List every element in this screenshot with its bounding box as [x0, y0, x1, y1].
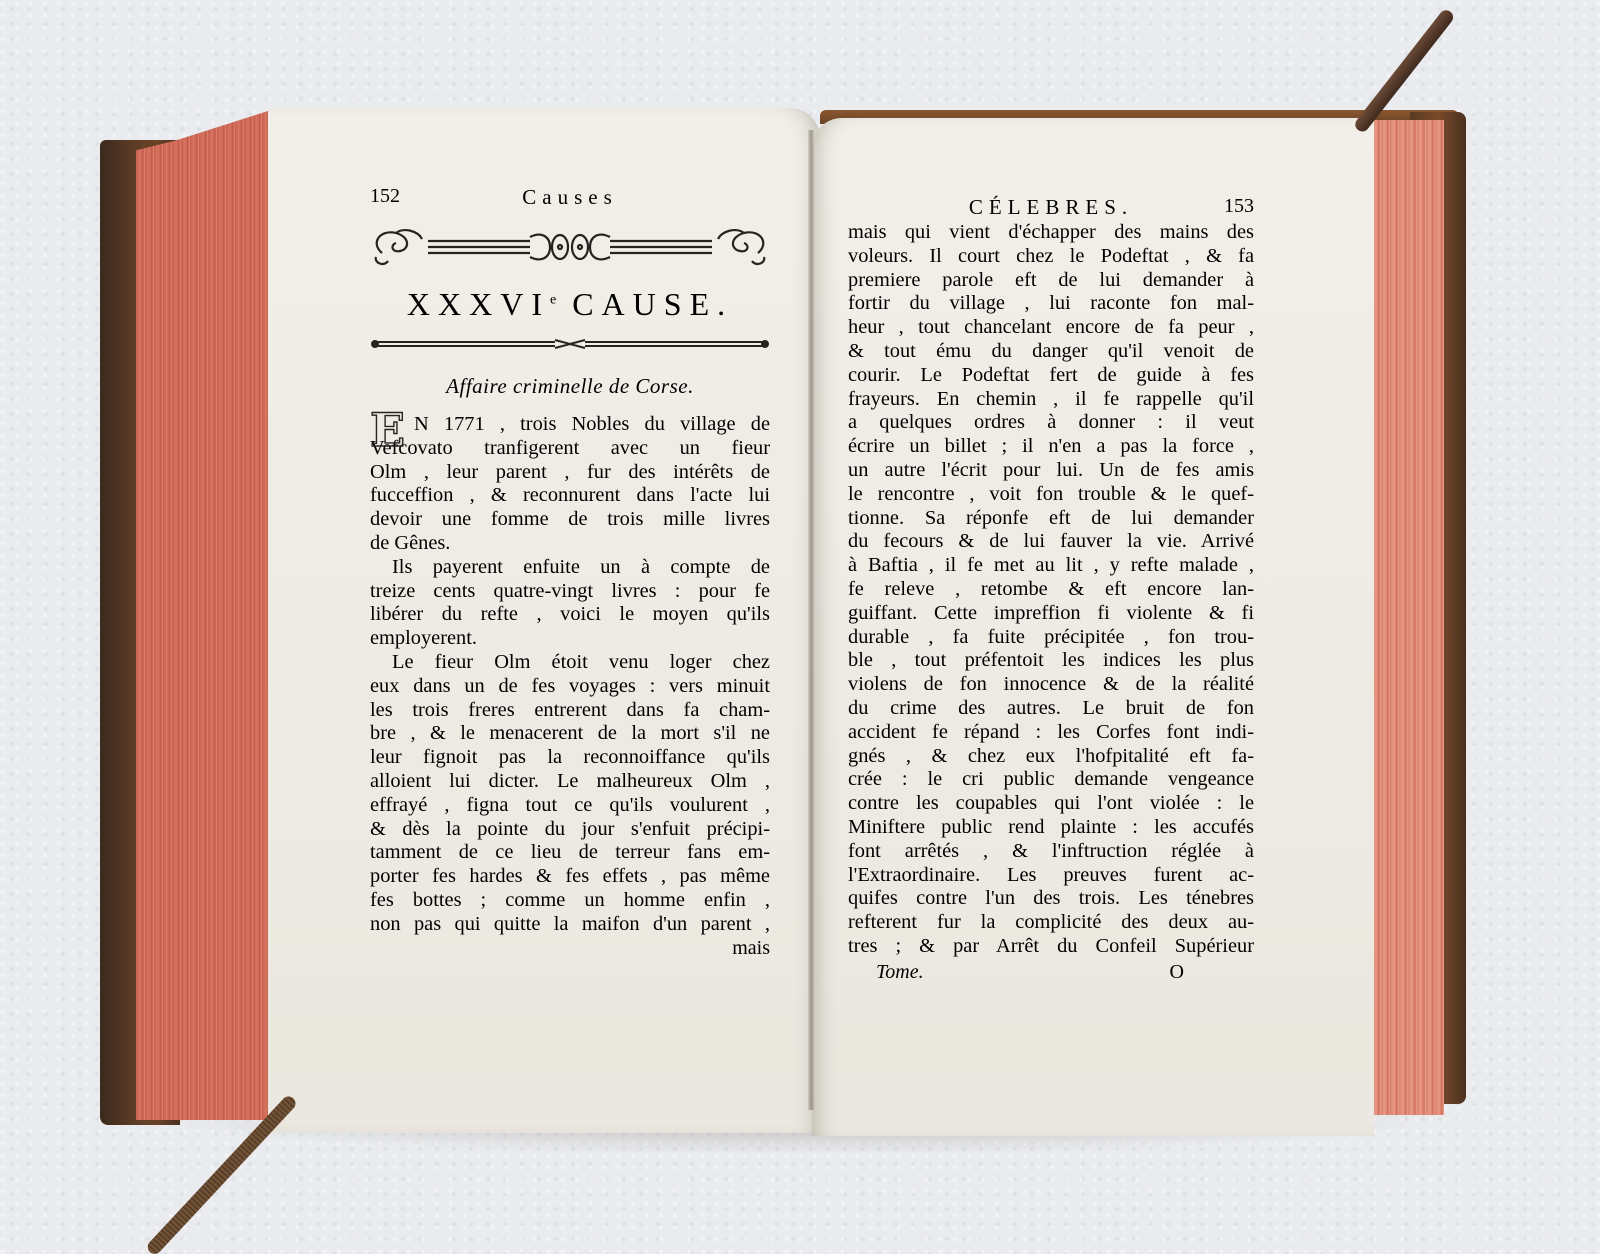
text-line: les trois freres entrerent dans fa cham- [370, 699, 770, 723]
footer-tome: Tome. [876, 961, 924, 984]
text-line: fe releve , retombe & eft encore lan- [848, 578, 1254, 602]
text-line: libérer du refte , voici le moyen qu'ils [370, 603, 770, 627]
text-line: Ils payerent enfuite un à compte de [370, 556, 770, 580]
text-line: alloient lui dicter. Le malheureux Olm , [370, 770, 770, 794]
text-line: tionne. Sa réponfe eft de lui demander [848, 507, 1254, 531]
left-body-text: E N 1771 , trois Nobles du village de Ve… [370, 413, 770, 937]
text-line: à Baftia , il fe met au lit , y refte ma… [848, 554, 1254, 578]
text-line: employerent. [370, 627, 770, 651]
heading-superscript: e [550, 292, 556, 307]
dropcap-letter: E [370, 407, 405, 453]
text-line: violens de fon innocence & de la réalité [848, 673, 1254, 697]
text-line: & dès la pointe du jour s'enfuit précipi… [370, 818, 770, 842]
text-line: fucceffion , & reconnurent dans l'acte l… [370, 484, 770, 508]
text-line: bre , & le menacerent de la mort s'il ne [370, 722, 770, 746]
text-line: le rencontre , voit fon trouble & le que… [848, 483, 1254, 507]
text-line: frayeurs. En chemin , il fe rappelle qu'… [848, 388, 1254, 412]
right-page-text-block: CÉLEBRES. 153 mais qui vient d'échapper … [848, 195, 1254, 984]
text-line: guiffant. Cette impreffion fi violente &… [848, 602, 1254, 626]
fore-edge-right-red [1372, 120, 1444, 1115]
text-line: porter fes hardes & fes effets , pas mêm… [370, 865, 770, 889]
text-line: quifes contre l'un des trois. Les ténebr… [848, 887, 1254, 911]
left-running-head: 152 Causes [370, 185, 770, 215]
heading-word: CAUSE. [572, 286, 733, 322]
text-line: mais qui vient d'échapper des mains des [848, 221, 1254, 245]
text-line: refterent fur la complicité des deux au- [848, 911, 1254, 935]
page-number: 153 [1224, 195, 1254, 221]
text-line: un autre l'écrit pour lui. Un de fes ami… [848, 459, 1254, 483]
page-footer: Tome. O [848, 961, 1254, 984]
text-line: crée : le cri public demande vengeance [848, 768, 1254, 792]
text-line: l'Extraordinaire. Les preuves furent ac- [848, 864, 1254, 888]
text-line: eux dans un de fes voyages : vers minuit [370, 675, 770, 699]
text-line: du fecours & de lui fauver la vie. Arriv… [848, 530, 1254, 554]
text-line: accident fe répand : les Corfes font ind… [848, 721, 1254, 745]
text-line: gnés , & chez eux l'hofpitalité eft fa- [848, 745, 1254, 769]
right-body-text: mais qui vient d'échapper des mains des … [848, 221, 1254, 959]
page-number: 152 [370, 185, 400, 215]
heading-numeral: XXXVI [407, 286, 550, 322]
text-line: Olm , leur parent , fur des intérêts de [370, 461, 770, 485]
text-line: & tout ému du danger qu'il venoit de [848, 340, 1254, 364]
text-line: devoir une fomme de trois mille livres [370, 508, 770, 532]
text-line: Vefcovato tranfigerent avec un fieur [370, 437, 770, 461]
text-line-dropcap: E N 1771 , trois Nobles du village de [370, 413, 770, 437]
text-line: leur fignoit pas la reconnoiffance qu'il… [370, 746, 770, 770]
text-line: durable , fa fuite précipitée , fon trou… [848, 626, 1254, 650]
text-line: du crime des autres. Le bruit de fon [848, 697, 1254, 721]
signature-mark: O [1170, 961, 1184, 984]
text-line: voleurs. Il court chez le Podeftat , & f… [848, 245, 1254, 269]
text-line: ble , tout préfentoit les indices les pl… [848, 649, 1254, 673]
text-line: font arrêtés , & l'inftruction réglée à [848, 840, 1254, 864]
running-head-title: CÉLEBRES. [878, 195, 1224, 221]
fore-edge-left-red [136, 110, 271, 1120]
left-page-text-block: 152 Causes XXXVIe CAUSE. Affaire crimine… [370, 185, 770, 960]
chapter-heading: XXXVIe CAUSE. [370, 286, 770, 323]
text-line: fes bottes ; comme un homme enfin , [370, 889, 770, 913]
book-gutter [808, 130, 814, 1110]
catchword: mais [370, 937, 770, 960]
case-subtitle: Affaire criminelle de Corse. [370, 374, 770, 399]
headpiece-ornament-icon [370, 223, 770, 271]
text-line: effrayé , figna tout ce qu'ils voulurent… [370, 794, 770, 818]
text-line: treize cents quatre-vingt livres : pour … [370, 580, 770, 604]
text-line: a quelques ordres à donner : il veut [848, 411, 1254, 435]
text-line: non pas qui quitte la maifon d'un parent… [370, 913, 770, 937]
text-line: heur , tout chancelant encore de fa peur… [848, 316, 1254, 340]
text-line: contre les coupables qui l'ont violée : … [848, 792, 1254, 816]
right-running-head: CÉLEBRES. 153 [848, 195, 1254, 221]
text-line: Le fieur Olm étoit venu loger chez [370, 651, 770, 675]
text-line: tamment de ce lieu de terreur fans em- [370, 841, 770, 865]
text-line: premiere parole eft de lui demander à [848, 269, 1254, 293]
text-line: tres ; & par Arrêt du Confeil Supérieur [848, 935, 1254, 959]
ornamental-rule-icon [370, 337, 770, 351]
text-line: écrire un billet ; il n'en a pas la forc… [848, 435, 1254, 459]
text-line: de Gênes. [370, 532, 770, 556]
running-head-title: Causes [400, 185, 740, 215]
text-line: courir. Le Podeftat fert de guide à fes [848, 364, 1254, 388]
text-line: Miniftere public rend plainte : les accu… [848, 816, 1254, 840]
text-line: fortir du village , lui raconte fon mal- [848, 292, 1254, 316]
